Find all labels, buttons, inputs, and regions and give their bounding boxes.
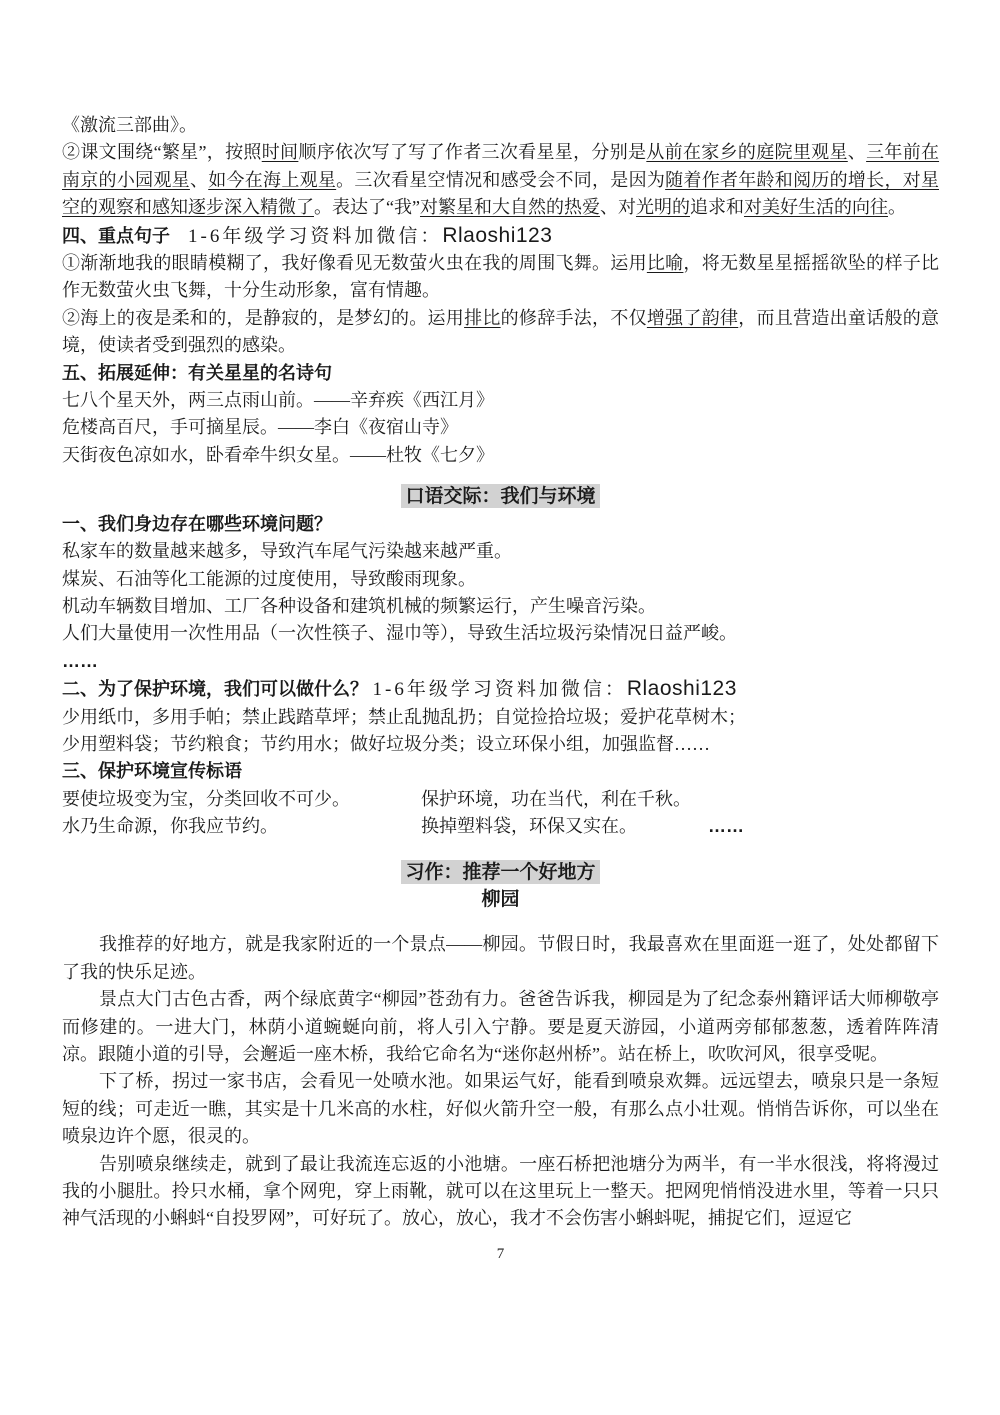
text-segment: 。表达了“我”: [314, 197, 420, 217]
text-segment: 五、拓展延伸：有关星星的名诗句: [62, 363, 332, 383]
text-segment: 1-6年级学习资料加微信：: [373, 679, 627, 700]
underlined-text: 对繁星和大自然的热爱: [420, 197, 600, 217]
poem-line: 危楼高百尺，手可摘星辰。——李白《夜宿山寺》: [62, 414, 939, 441]
highlighted-title-text: 口语交际：我们与环境: [401, 484, 599, 508]
column-text: ……: [708, 813, 744, 840]
section-heading-5: 五、拓展延伸：有关星星的名诗句: [62, 360, 939, 387]
poem-line: 七八个星天外，两三点雨山前。——辛弃疾《西江月》: [62, 387, 939, 414]
text-segment: [170, 226, 188, 246]
spacer: [62, 469, 939, 483]
text-segment: 天街夜色凉如水，卧看牵牛织女星。——杜牧《七夕》: [62, 445, 494, 465]
slogan-row: 要使垃圾变为宝，分类回收不可少。保护环境，功在当代，利在千秋。: [62, 786, 939, 813]
section-heading-4: 四、重点句子 1-6年级学习资料加微信：Rlaoshi123: [62, 222, 939, 250]
text-segment: 、: [848, 142, 866, 162]
text-segment: Rlaoshi123: [627, 677, 737, 700]
text-segment: 1-6年级学习资料加微信：: [188, 226, 442, 247]
text-segment: 危楼高百尺，手可摘星辰。——李白《夜宿山寺》: [62, 417, 458, 437]
text-segment: ②海上的夜是柔和的，是静寂的，是梦幻的。运用: [62, 308, 464, 328]
essay-title: 柳园: [62, 886, 939, 913]
text-line: 机动车辆数目增加、工厂各种设备和建筑机械的频繁运行，产生噪音污染。: [62, 593, 939, 620]
column-text: 水乃生命源，你我应节约。: [62, 813, 421, 840]
section-heading-2: 二、为了保护环境，我们可以做什么？ 1-6年级学习资料加微信：Rlaoshi12…: [62, 675, 939, 703]
text-segment: 的修辞手法，不仅: [501, 308, 647, 328]
text-segment: Rlaoshi123: [442, 224, 552, 247]
text-segment: 。三次看星空情况和感受会不同，是因为: [336, 170, 665, 190]
document-page: 《激流三部曲》。②课文围绕“繁星”，按照时间顺序依次写了写了作者三次看星星，分别…: [0, 0, 1000, 1415]
text-segment: 。: [888, 197, 906, 217]
essay-paragraph: 下了桥，拐过一家书店，会看见一处喷水池。如果运气好，能看到喷泉欢舞。远远望去，喷…: [62, 1068, 939, 1150]
text-line: ②海上的夜是柔和的，是静寂的，是梦幻的。运用排比的修辞手法，不仅增强了韵律，而且…: [62, 305, 939, 360]
text-segment: ①渐渐地我的眼睛模糊了，我好像看见无数萤火虫在我的周围飞舞。运用: [62, 253, 647, 273]
text-segment: ②课文围绕“繁星”，按照: [62, 142, 262, 162]
document-body: 《激流三部曲》。②课文围绕“繁星”，按照时间顺序依次写了写了作者三次看星星，分别…: [62, 112, 939, 1233]
poem-line: 天街夜色凉如水，卧看牵牛织女星。——杜牧《七夕》: [62, 442, 939, 469]
text-segment: 少用纸巾，多用手帕；禁止践踏草坪；禁止乱抛乱扔；自觉捡拾垃圾；爱护花草树木；: [62, 707, 746, 727]
text-line: 少用纸巾，多用手帕；禁止践踏草坪；禁止乱抛乱扔；自觉捡拾垃圾；爱护花草树木；: [62, 704, 939, 731]
underlined-text: 光明的: [636, 197, 690, 217]
text-segment: 七八个星天外，两三点雨山前。——辛弃疾《西江月》: [62, 390, 494, 410]
slogan-row: 水乃生命源，你我应节约。换掉塑料袋，环保又实在。……: [62, 813, 939, 840]
text-segment: 、对: [600, 197, 636, 217]
underlined-text: 增强了韵律: [647, 308, 738, 328]
column-text: 换掉塑料袋，环保又实在。: [421, 813, 708, 840]
topic-title-writing: 习作：推荐一个好地方: [62, 859, 939, 886]
underlined-text: 如今在海上观星: [208, 170, 336, 190]
text-segment: 二、为了保护环境，我们可以做什么？: [62, 679, 368, 699]
text-segment: 人们大量使用一次性用品（一次性筷子、湿巾等），导致生活垃圾污染情况日益严峻。: [62, 623, 737, 643]
text-line: 《激流三部曲》。: [62, 112, 939, 139]
ellipsis-line: ……: [62, 648, 939, 675]
text-segment: 告别喷泉继续走，就到了最让我流连忘返的小池塘。一座石桥把池塘分为两半，有一半水很…: [62, 1154, 939, 1229]
topic-title-oral: 口语交际：我们与环境: [62, 483, 939, 510]
spacer: [62, 913, 939, 931]
text-line: ①渐渐地我的眼睛模糊了，我好像看见无数萤火虫在我的周围飞舞。运用比喻，将无数星星…: [62, 250, 939, 305]
text-segment: ……: [62, 651, 98, 671]
text-line: 少用塑料袋；节约粮食；节约用水；做好垃圾分类；设立环保小组，加强监督……: [62, 731, 939, 758]
text-segment: 煤炭、石油等化工能源的过度使用，导致酸雨现象。: [62, 569, 476, 589]
text-line: 人们大量使用一次性用品（一次性筷子、湿巾等），导致生活垃圾污染情况日益严峻。: [62, 620, 939, 647]
text-segment: 下了桥，拐过一家书店，会看见一处喷水池。如果运气好，能看到喷泉欢舞。远远望去，喷…: [62, 1071, 939, 1146]
underlined-text: 从前在家乡的庭院里观星: [646, 142, 847, 162]
text-segment: 四、重点句子: [62, 226, 170, 246]
text-segment: 《激流三部曲》。: [62, 115, 197, 135]
spacer: [62, 841, 939, 859]
text-line: 煤炭、石油等化工能源的过度使用，导致酸雨现象。: [62, 566, 939, 593]
underlined-text: 对美好生活的向往: [744, 197, 888, 217]
text-segment: 机动车辆数目增加、工厂各种设备和建筑机械的频繁运行，产生噪音污染。: [62, 596, 656, 616]
text-segment: 三、保护环境宣传标语: [62, 761, 242, 781]
text-segment: 、: [190, 170, 208, 190]
essay-paragraph: 告别喷泉继续走，就到了最让我流连忘返的小池塘。一座石桥把池塘分为两半，有一半水很…: [62, 1151, 939, 1233]
text-segment: 一、我们身边存在哪些环境问题？: [62, 514, 332, 534]
text-segment: 顺序依次写了写了作者三次看星星，分别是: [298, 142, 646, 162]
underlined-text: 比喻: [647, 253, 684, 273]
title-text: 柳园: [481, 889, 519, 910]
column-text: 保护环境，功在当代，利在千秋。: [421, 786, 708, 813]
text-segment: 追求和: [690, 197, 744, 217]
column-text: 要使垃圾变为宝，分类回收不可少。: [62, 786, 421, 813]
text-segment: 私家车的数量越来越多，导致汽车尾气污染越来越严重。: [62, 541, 512, 561]
section-heading-1: 一、我们身边存在哪些环境问题？: [62, 511, 939, 538]
text-segment: 我推荐的好地方，就是我家附近的一个景点——柳园。节假日时，我最喜欢在里面逛一逛了…: [62, 934, 939, 981]
essay-paragraph: 我推荐的好地方，就是我家附近的一个景点——柳园。节假日时，我最喜欢在里面逛一逛了…: [62, 931, 939, 986]
section-heading-3: 三、保护环境宣传标语: [62, 758, 939, 785]
essay-paragraph: 景点大门古色古香，两个绿底黄字“柳园”苍劲有力。爸爸告诉我，柳园是为了纪念泰州籍…: [62, 986, 939, 1068]
text-line: 私家车的数量越来越多，导致汽车尾气污染越来越严重。: [62, 538, 939, 565]
text-line: ②课文围绕“繁星”，按照时间顺序依次写了写了作者三次看星星，分别是从前在家乡的庭…: [62, 139, 939, 221]
underlined-text: 排比: [464, 308, 501, 328]
text-segment: 少用塑料袋；节约粮食；节约用水；做好垃圾分类；设立环保小组，加强监督……: [62, 734, 710, 754]
highlighted-title-text: 习作：推荐一个好地方: [401, 860, 599, 884]
underlined-text: 时间: [262, 142, 299, 162]
page-number: 7: [62, 1241, 939, 1268]
text-segment: 景点大门古色古香，两个绿底黄字“柳园”苍劲有力。爸爸告诉我，柳园是为了纪念泰州籍…: [62, 989, 939, 1064]
